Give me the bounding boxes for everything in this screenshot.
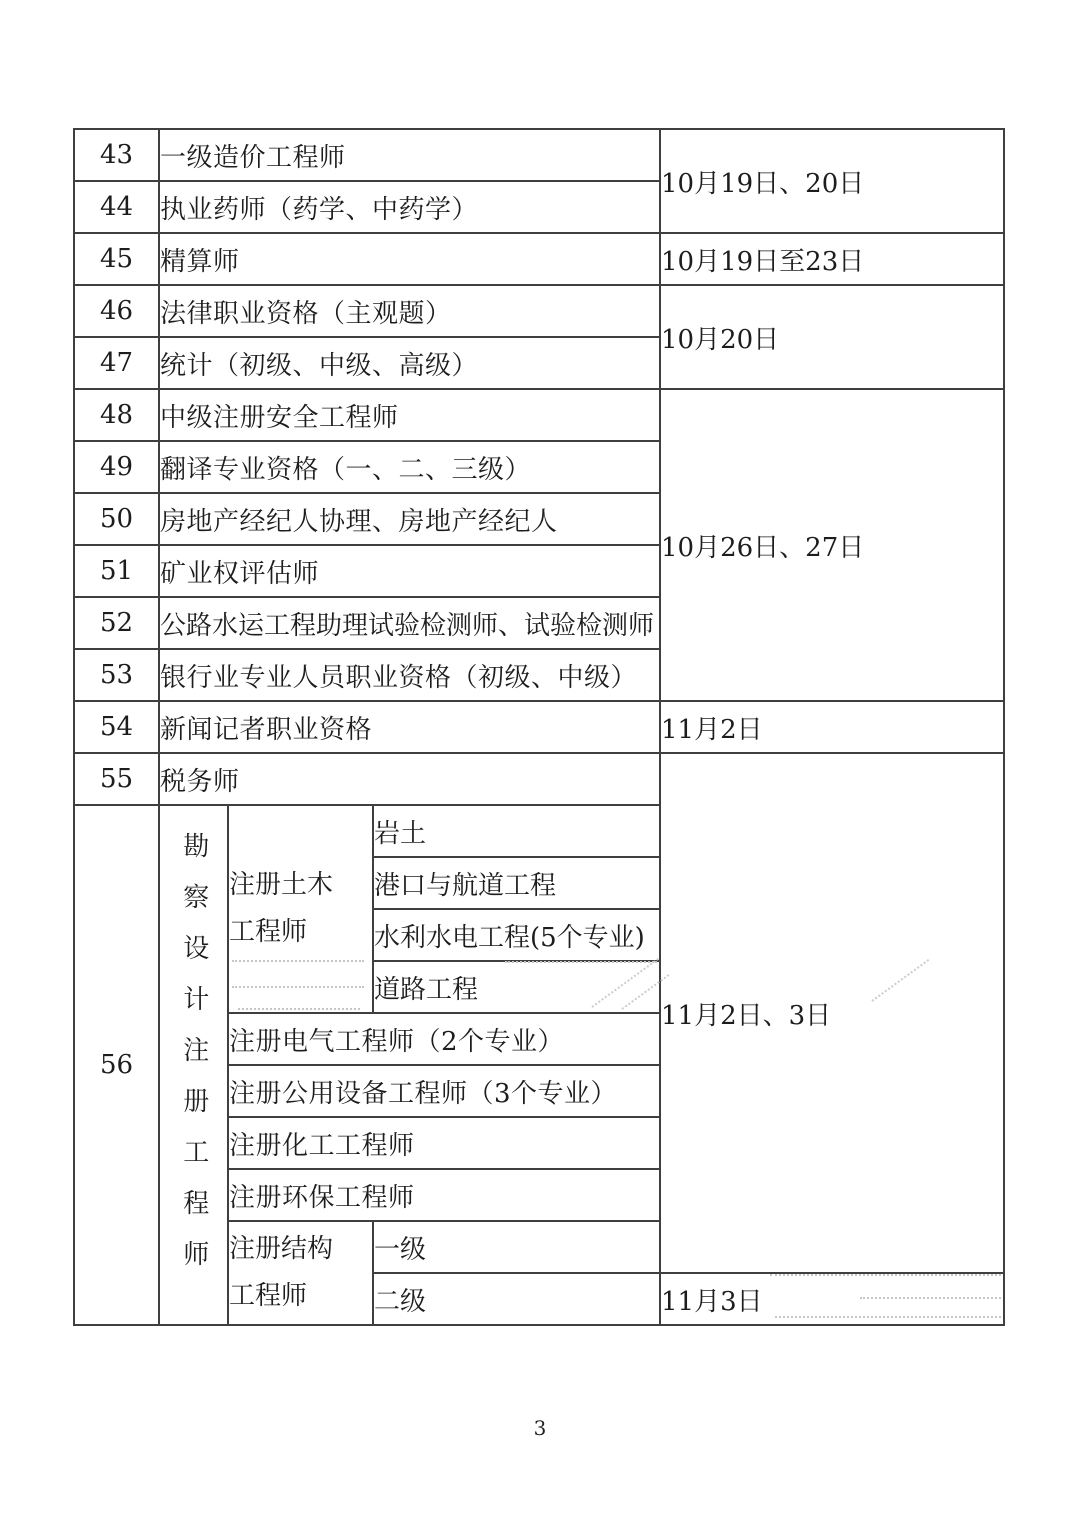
date-cell: 10月19日、20日: [660, 129, 1004, 233]
table-row: 55 税务师 11月2日、3日: [74, 753, 1004, 805]
exam-name-cell: 执业药师（药学、中药学）: [159, 181, 660, 233]
exam-name-cell: 翻译专业资格（一、二、三级）: [159, 441, 660, 493]
exam-name-cell: 矿业权评估师: [159, 545, 660, 597]
row-number-cell: 44: [74, 181, 159, 233]
specialty-cell: 岩土: [373, 805, 660, 857]
specialty-cell: 水利水电工程(5个专业): [373, 909, 660, 961]
exam-name-cell: 公路水运工程助理试验检测师、试验检测师: [159, 597, 660, 649]
exam-name-cell: 新闻记者职业资格: [159, 701, 660, 753]
exam-name-cell: 税务师: [159, 753, 660, 805]
row-number-cell: 48: [74, 389, 159, 441]
other-engineer-cell: 注册化工工程师: [228, 1117, 660, 1169]
table-row: 43 一级造价工程师 10月19日、20日: [74, 129, 1004, 181]
row-number-cell: 56: [74, 805, 159, 1325]
row-number-cell: 53: [74, 649, 159, 701]
table-row: 45 精算师 10月19日至23日: [74, 233, 1004, 285]
level-cell: 二级: [373, 1273, 660, 1325]
category-vertical-text: 勘察设计注册工程师: [179, 832, 208, 1291]
row-number-cell: 51: [74, 545, 159, 597]
other-engineer-cell: 注册电气工程师（2个专业）: [228, 1013, 660, 1065]
exam-name-cell: 银行业专业人员职业资格（初级、中级）: [159, 649, 660, 701]
table-row: 46 法律职业资格（主观题） 10月20日: [74, 285, 1004, 337]
specialty-cell: 港口与航道工程: [373, 857, 660, 909]
exam-name-cell: 中级注册安全工程师: [159, 389, 660, 441]
row-number-cell: 50: [74, 493, 159, 545]
date-cell: 11月2日: [660, 701, 1004, 753]
row-number-cell: 52: [74, 597, 159, 649]
row-number-cell: 55: [74, 753, 159, 805]
page-number: 3: [0, 1416, 1080, 1440]
exam-name-cell: 法律职业资格（主观题）: [159, 285, 660, 337]
exam-name-cell: 一级造价工程师: [159, 129, 660, 181]
date-cell: 11月3日: [660, 1273, 1004, 1325]
row-number-cell: 45: [74, 233, 159, 285]
row-number-cell: 47: [74, 337, 159, 389]
document-page: 43 一级造价工程师 10月19日、20日 44 执业药师（药学、中药学） 45…: [0, 0, 1080, 1527]
exam-schedule-table: 43 一级造价工程师 10月19日、20日 44 执业药师（药学、中药学） 45…: [73, 128, 1005, 1326]
date-cell: 10月26日、27日: [660, 389, 1004, 701]
other-engineer-cell: 注册环保工程师: [228, 1169, 660, 1221]
date-cell: 10月19日至23日: [660, 233, 1004, 285]
row-number-cell: 46: [74, 285, 159, 337]
row-number-cell: 54: [74, 701, 159, 753]
exam-name-cell: 房地产经纪人协理、房地产经纪人: [159, 493, 660, 545]
exam-name-cell: 精算师: [159, 233, 660, 285]
exam-name-cell: 统计（初级、中级、高级）: [159, 337, 660, 389]
table-row: 54 新闻记者职业资格 11月2日: [74, 701, 1004, 753]
structural-engineer-cell: 注册结构工程师: [228, 1221, 373, 1325]
specialty-cell: 道路工程: [373, 961, 660, 1013]
row-number-cell: 49: [74, 441, 159, 493]
row-number-cell: 43: [74, 129, 159, 181]
other-engineer-cell: 注册公用设备工程师（3个专业）: [228, 1065, 660, 1117]
date-cell: 10月20日: [660, 285, 1004, 389]
level-cell: 一级: [373, 1221, 660, 1273]
date-cell: 11月2日、3日: [660, 753, 1004, 1273]
table-row: 48 中级注册安全工程师 10月26日、27日: [74, 389, 1004, 441]
category-vertical-cell: 勘察设计注册工程师: [159, 805, 228, 1325]
civil-engineer-cell: 注册土木工程师: [228, 805, 373, 1013]
